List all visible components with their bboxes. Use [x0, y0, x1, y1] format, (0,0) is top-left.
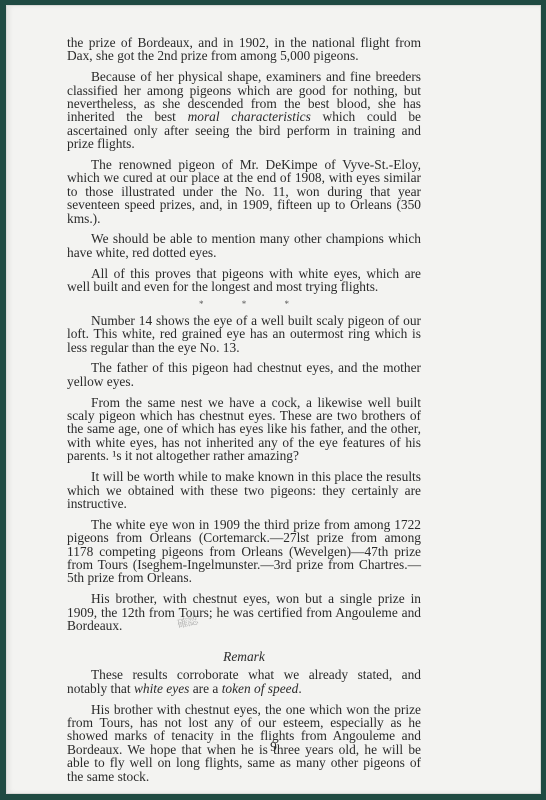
body-text: We should be able to mention many other …: [67, 231, 421, 259]
body-text: are a: [189, 681, 221, 696]
body-text: From the same nest we have a cock, a lik…: [67, 395, 421, 464]
emphasis-text: white eyes: [134, 681, 189, 696]
page-body: the prize of Bordeaux, and in 1902, in t…: [67, 36, 421, 790]
body-text: All of this proves that pigeons with whi…: [67, 266, 421, 294]
paragraph-p3: The renowned pigeon of Mr. DeKimpe of Vy…: [67, 158, 421, 225]
paragraph-p12: These results corroborate what we alread…: [67, 668, 421, 695]
section-heading-remark: Remark: [67, 650, 421, 664]
body-text: .: [298, 681, 301, 696]
paragraph-p2: Because of her physical shape, examiners…: [67, 70, 421, 150]
paragraph-p7: The father of this pigeon had chestnut e…: [67, 361, 421, 388]
paragraph-group-bottom: These results corroborate what we alread…: [67, 668, 421, 783]
body-text: His brother, with chestnut eyes, won but…: [67, 591, 421, 633]
paragraph-group-middle: Number 14 shows the eye of a well built …: [67, 314, 421, 632]
paragraph-p9: It will be worth while to make known in …: [67, 470, 421, 510]
body-text: It will be worth while to make known in …: [67, 469, 421, 511]
body-text: The father of this pigeon had chestnut e…: [67, 360, 421, 388]
body-text: Number 14 shows the eye of a well built …: [67, 313, 421, 355]
emphasis-text: token of speed: [222, 681, 299, 696]
page-number: 9: [7, 739, 540, 755]
body-text: the prize of Bordeaux, and in 1902, in t…: [67, 35, 421, 63]
document-page: the prize of Bordeaux, and in 1902, in t…: [6, 5, 541, 794]
paragraph-p4: We should be able to mention many other …: [67, 232, 421, 259]
paragraph-p11: His brother, with chestnut eyes, won but…: [67, 592, 421, 632]
paragraph-p10: The white eye won in 1909 the third priz…: [67, 518, 421, 585]
body-text: The renowned pigeon of Mr. DeKimpe of Vy…: [67, 157, 421, 226]
paragraph-group-top: the prize of Bordeaux, and in 1902, in t…: [67, 36, 421, 293]
paragraph-p6: Number 14 shows the eye of a well built …: [67, 314, 421, 354]
section-separator: * * *: [85, 299, 421, 310]
paragraph-p5: All of this proves that pigeons with whi…: [67, 267, 421, 294]
paragraph-p8: From the same nest we have a cock, a lik…: [67, 396, 421, 463]
paragraph-p1: the prize of Bordeaux, and in 1902, in t…: [67, 36, 421, 63]
body-text: The white eye won in 1909 the third priz…: [67, 517, 421, 586]
